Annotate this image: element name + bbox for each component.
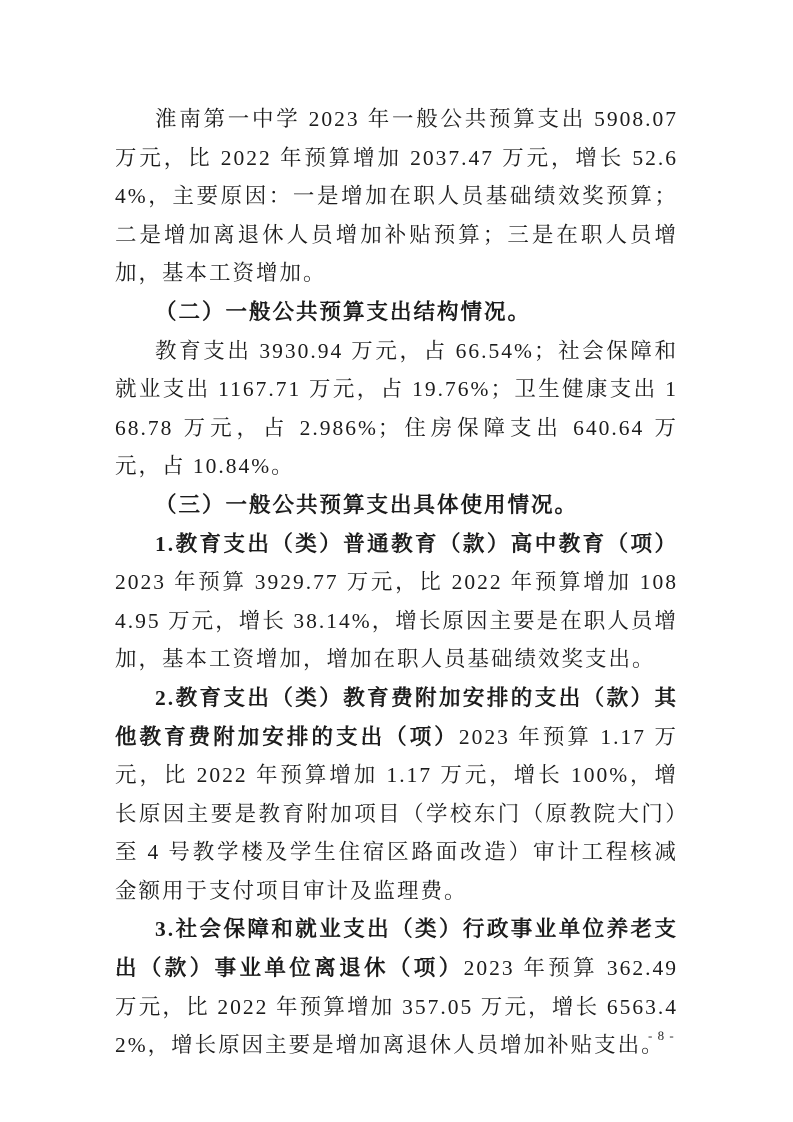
paragraph-budget-overview: 淮南第一中学 2023 年一般公共预算支出 5908.07 万元，比 2022 …	[115, 100, 678, 293]
page-number: - 8 -	[648, 1028, 675, 1044]
document-page: 淮南第一中学 2023 年一般公共预算支出 5908.07 万元，比 2022 …	[0, 0, 793, 1122]
item-2-detail-text: 2023 年预算 1.17 万元，比 2022 年预算增加 1.17 万元，增长…	[115, 725, 678, 903]
paragraph-item-2: 2.教育支出（类）教育费附加安排的支出（款）其他教育费附加安排的支出（项）202…	[115, 679, 678, 911]
document-body: 淮南第一中学 2023 年一般公共预算支出 5908.07 万元，比 2022 …	[115, 100, 678, 1065]
item-1-category-title: 1.教育支出（类）普通教育（款）高中教育（项）	[155, 532, 678, 556]
paragraph-item-3: 3.社会保障和就业支出（类）行政事业单位养老支出（款）事业单位离退休（项）202…	[115, 910, 678, 1064]
heading-section-three: （三）一般公共预算支出具体使用情况。	[115, 486, 678, 525]
item-1-detail-text: 2023 年预算 3929.77 万元，比 2022 年预算增加 1084.95…	[115, 570, 678, 671]
paragraph-item-1: 1.教育支出（类）普通教育（款）高中教育（项）2023 年预算 3929.77 …	[115, 525, 678, 679]
paragraph-expenditure-structure: 教育支出 3930.94 万元，占 66.54%；社会保障和就业支出 1167.…	[115, 332, 678, 486]
heading-section-two: （二）一般公共预算支出结构情况。	[115, 293, 678, 332]
